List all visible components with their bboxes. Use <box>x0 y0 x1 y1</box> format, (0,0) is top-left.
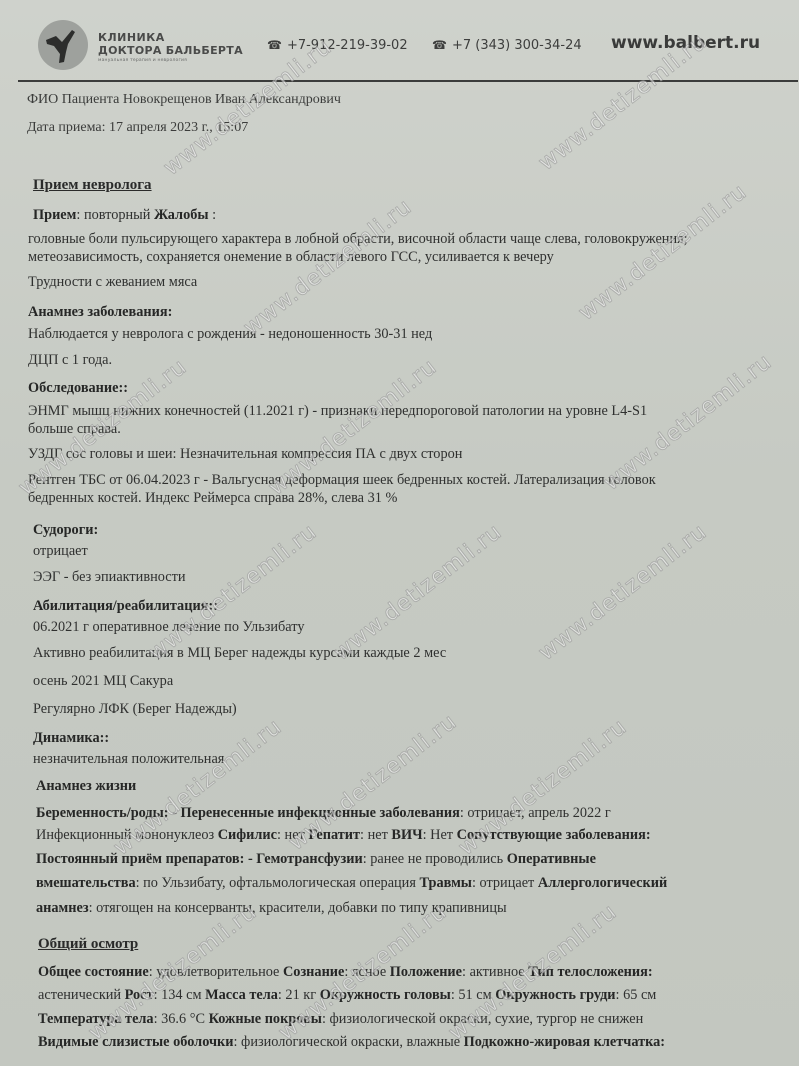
phone-landline-number: +7 (343) 300-34-24 <box>452 38 582 53</box>
infections-value: : отрицает, апрель 2022 г <box>460 805 611 821</box>
phone-mobile: ☎+7-912-219-39-02 <box>267 38 408 53</box>
pregnancy-label: Беременность/роды <box>36 805 164 821</box>
section-title-neurology: Прием невролога <box>33 177 152 194</box>
exam-enmg-line-2: больше справа. <box>28 421 121 438</box>
phone-landline: ☎+7 (343) 300-34-24 <box>432 38 582 53</box>
patient-name-row: ФИО Пациента Новокрещенов Иван Александр… <box>27 92 341 108</box>
bird-logo-icon <box>42 26 84 66</box>
height-value: : 134 см <box>154 987 206 1003</box>
life-anamnesis-line-1: Беременность/роды: - Перенесенные инфекц… <box>36 805 611 822</box>
transfusion-value: : ранее не проводились <box>363 851 507 867</box>
dynamics-value: незначительная положительная <box>33 751 224 768</box>
chest-circumference-label: Окружность груди <box>495 987 615 1003</box>
hiv-label: ВИЧ <box>391 827 422 843</box>
position-label: Положение <box>390 964 462 980</box>
header-divider <box>18 80 798 82</box>
disease-anamnesis-line-2: ДЦП с 1 года. <box>28 352 112 369</box>
visit-date-row: Дата приема: 17 апреля 2023 г., 15:07 <box>27 120 248 136</box>
rehab-item: 06.2021 г оперативное лечение по Ульзиба… <box>33 619 304 636</box>
mononucleosis-value: Инфекционный мононуклеоз <box>36 827 218 843</box>
clinic-brand: КЛИНИКА ДОКТОРА БАЛЬБЕРТА мануальная тер… <box>98 31 243 65</box>
dynamics-label-text: Динамика: <box>33 730 104 746</box>
phone-mobile-number: +7-912-219-39-02 <box>287 38 408 53</box>
patient-name-value: Новокрещенов Иван Александрович <box>123 92 341 107</box>
weight-value: : 21 кг <box>278 987 320 1003</box>
position-value: : активное <box>462 964 528 980</box>
subcutaneous-fat-value: : <box>660 1034 665 1050</box>
exam-xray-line-2: бедренных костей. Индекс Реймерса справа… <box>28 490 397 507</box>
visit-type-row: Прием: повторный Жалобы : <box>33 207 216 224</box>
hepatitis-label: Гепатит <box>308 827 360 843</box>
visit-value: : повторный <box>76 207 154 223</box>
trauma-value: : отрицает <box>472 875 538 891</box>
state-value: : удовлетворительное <box>149 964 283 980</box>
state-label: Общее состояние <box>38 964 149 980</box>
brand-tagline: мануальная терапия и неврология <box>98 57 243 65</box>
rehab-label: Абилитация/реабилитация:: <box>33 598 218 615</box>
watermark: www.detizemli.ru <box>574 179 752 325</box>
constitution-value: астенический <box>38 987 125 1003</box>
rehab-item: Регулярно ЛФК (Берег Надежды) <box>33 701 237 718</box>
rehab-label-text: Абилитация/реабилитация: <box>33 598 213 614</box>
complaints-sep: : <box>209 207 217 223</box>
chest-circumference-value: : 65 см <box>616 987 657 1003</box>
surgery-value: : по Ульзибату, офтальмологическая опера… <box>136 875 420 891</box>
head-circumference-value: : 51 см <box>451 987 495 1003</box>
rehab-item: Активно реабилитация в МЦ Берег надежды … <box>33 645 446 662</box>
transfusion-label: - Гемотрансфузии <box>248 851 363 867</box>
temperature-label: Температура тела <box>38 1011 154 1027</box>
surgery-label-cont: вмешательства <box>36 875 136 891</box>
telephone-icon: ☎ <box>432 38 447 52</box>
life-anamnesis-line-2: Инфекционный мононуклеоз Сифилис: нет Ге… <box>36 827 651 844</box>
skin-value: : физиологической окраски, сухие, тургор… <box>322 1011 643 1027</box>
watermark: www.detizemli.ru <box>144 519 322 665</box>
examination-label: Обследование:: <box>28 380 128 397</box>
medications-label: Постоянный приём препаратов <box>36 851 240 867</box>
clinic-website: www.balbert.ru <box>611 33 760 53</box>
exam-uzdg: УЗДГ сос головы и шеи: Незначительная ко… <box>28 446 462 463</box>
visit-date-label: Дата приема: <box>27 120 105 135</box>
skin-label: Кожные покровы <box>209 1011 322 1027</box>
temperature-value: : 36.6 °С <box>154 1011 209 1027</box>
infections-label: - Перенесенные инфекционные заболевания <box>172 805 460 821</box>
subcutaneous-fat-label: Подкожно-жировая клетчатка <box>464 1034 661 1050</box>
general-exam-line-2: астенический Рост: 134 см Масса тела: 21… <box>38 987 656 1004</box>
visit-date-value: 17 апреля 2023 г., 15:07 <box>109 120 248 135</box>
allergy-value: : отягощен на консерванты, красители, до… <box>89 900 507 916</box>
brand-line-1: КЛИНИКА <box>98 31 243 44</box>
complaints-line-1: головные боли пульсирующего характера в … <box>28 231 688 248</box>
allergy-label: Аллергологический <box>538 875 667 891</box>
syphilis-label: Сифилис <box>218 827 277 843</box>
surgery-label: Оперативные <box>507 851 596 867</box>
section-title-general-exam: Общий осмотр <box>38 936 138 953</box>
medical-document-page: КЛИНИКА ДОКТОРА БАЛЬБЕРТА мануальная тер… <box>0 0 799 1066</box>
consciousness-value: : ясное <box>344 964 389 980</box>
complaints-label: Жалобы <box>154 207 209 223</box>
complaints-line-3: Трудности с жеванием мяса <box>28 274 197 291</box>
rehab-item: осень 2021 МЦ Сакура <box>33 673 173 690</box>
life-anamnesis-line-4: вмешательства: по Ульзибату, офтальмолог… <box>36 875 667 892</box>
seizures-label: Судороги: <box>33 522 98 539</box>
general-exam-line-1: Общее состояние: удовлетворительное Созн… <box>38 964 653 981</box>
seizures-value: отрицает <box>33 543 88 560</box>
hiv-value: : Нет <box>423 827 457 843</box>
general-exam-line-4: Видимые слизистые оболочки: физиологичес… <box>38 1034 665 1051</box>
examination-label-text: Обследование: <box>28 380 123 396</box>
trauma-label: Травмы <box>420 875 472 891</box>
brand-line-2: ДОКТОРА БАЛЬБЕРТА <box>98 44 243 57</box>
consciousness-label: Сознание <box>283 964 344 980</box>
clinic-logo <box>38 20 88 70</box>
watermark: www.detizemli.ru <box>534 519 712 665</box>
disease-anamnesis-label-text: Анамнез заболевания <box>28 304 168 320</box>
disease-anamnesis-label: Анамнез заболевания: <box>28 304 172 321</box>
syphilis-value: : нет <box>277 827 308 843</box>
seizures-label-text: Судороги <box>33 522 93 538</box>
telephone-icon: ☎ <box>267 38 282 52</box>
disease-anamnesis-line-1: Наблюдается у невролога с рождения - нед… <box>28 326 432 343</box>
eeg-result: ЭЭГ - без эпиактивности <box>33 569 185 586</box>
complaints-line-2: метеозависимость, сохраняется онемение в… <box>28 249 554 266</box>
watermark: www.detizemli.ru <box>239 194 417 340</box>
height-label: Рост <box>125 987 154 1003</box>
allergy-label-cont: анамнез <box>36 900 89 916</box>
watermark: www.detizemli.ru <box>329 519 507 665</box>
hepatitis-value: : нет <box>360 827 391 843</box>
head-circumference-label: Окружность головы <box>320 987 451 1003</box>
mucosa-value: : физиологической окраски, влажные <box>234 1034 464 1050</box>
general-exam-line-3: Температура тела: 36.6 °С Кожные покровы… <box>38 1011 643 1028</box>
exam-xray-line-1: Рентген ТБС от 06.04.2023 г - Вальгусная… <box>28 472 656 489</box>
mucosa-label: Видимые слизистые оболочки <box>38 1034 234 1050</box>
visit-label: Прием <box>33 207 76 223</box>
life-anamnesis-line-3: Постоянный приём препаратов: - Гемотранс… <box>36 851 596 868</box>
comorbid-label: Сопутствующие заболевания <box>457 827 646 843</box>
dynamics-label: Динамика:: <box>33 730 109 747</box>
weight-label: Масса тела <box>205 987 278 1003</box>
exam-enmg-line-1: ЭНМГ мышц нижних конечностей (11.2021 г)… <box>28 403 647 420</box>
section-title-life-anamnesis: Анамнез жизни <box>36 778 136 795</box>
life-anamnesis-line-5: анамнез: отягощен на консерванты, красит… <box>36 900 507 917</box>
clinic-letterhead: КЛИНИКА ДОКТОРА БАЛЬБЕРТА мануальная тер… <box>0 0 799 90</box>
constitution-label: Тип телосложения <box>528 964 648 980</box>
patient-name-label: ФИО Пациента <box>27 92 119 107</box>
